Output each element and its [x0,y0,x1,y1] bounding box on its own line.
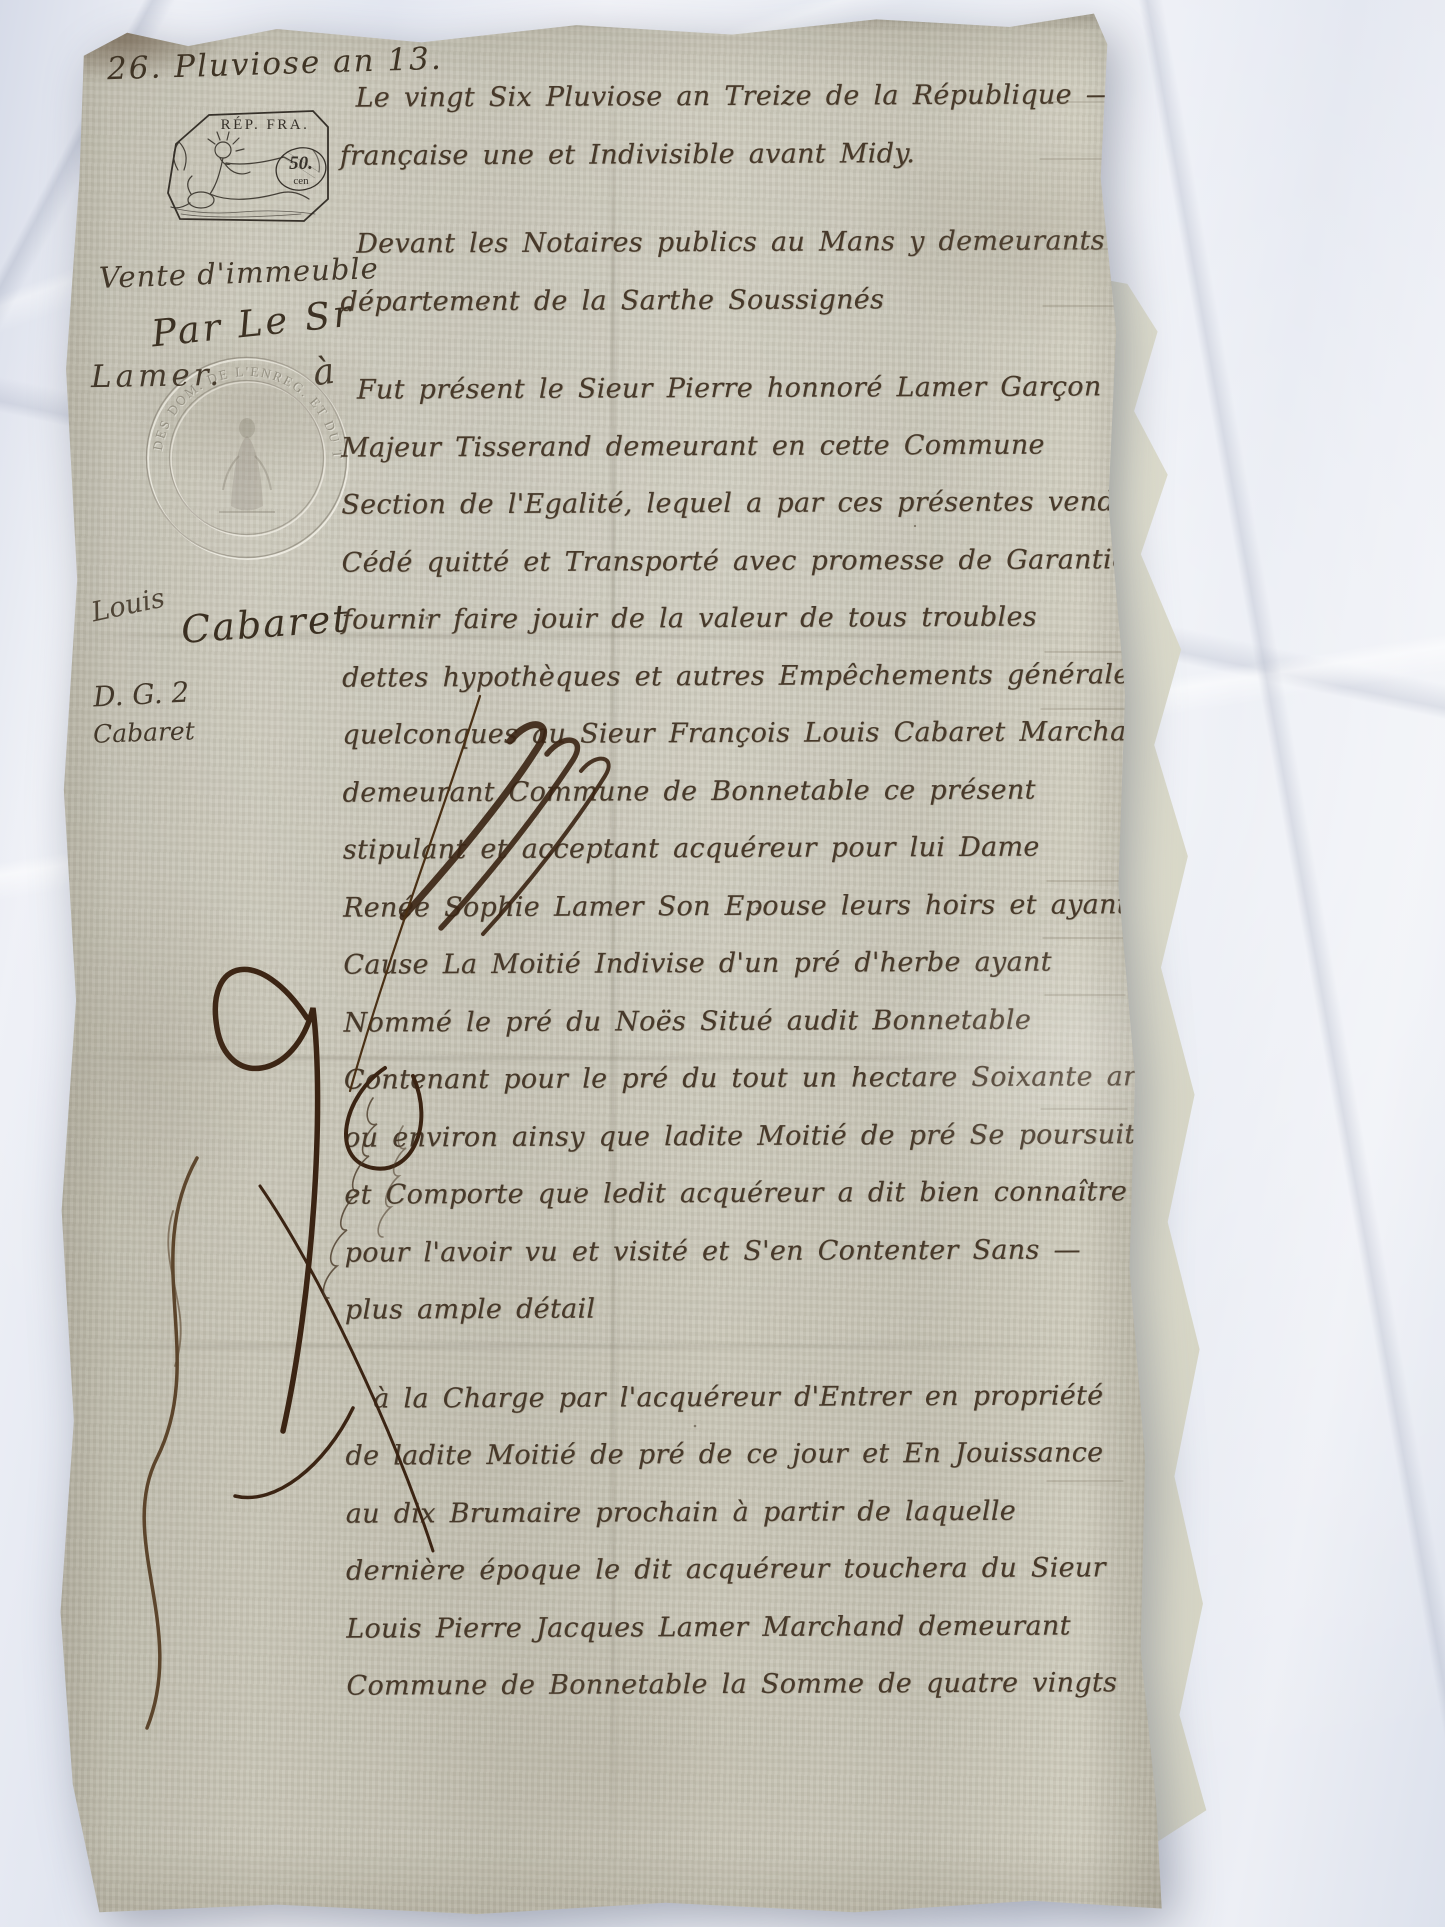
deed-body-text: Le vingt Six Pluviose an Treize de la Ré… [339,66,1108,1715]
stamp-unit: cen [293,175,309,187]
manuscript-line: Cédé quitté et Transporté avec promesse … [341,531,1103,592]
margin-buyer-first-name: Louis [89,583,168,629]
paper-top-edge-shade [55,6,1165,32]
margin-buyer-signature: Cabaret [180,596,351,652]
manuscript-line: Fut présent le Sieur Pierre honnoré Lame… [341,358,1103,419]
manuscript-line: de ladite Moitié de pré de ce jour et En… [345,1424,1107,1485]
manuscript-page: 26. Pluviose an 13. [55,6,1165,1918]
manuscript-line: stipulant et acceptant acquéreur pour lu… [343,818,1105,879]
manuscript-line: demeurant Commune de Bonnetable ce prése… [342,761,1104,822]
tissue-paper-background: 26. Pluviose an 13. [0,0,1445,1927]
margin-seller-line2: Lamer. [91,357,224,395]
manuscript-line: Le vingt Six Pluviose an Treize de la Ré… [339,66,1101,127]
manuscript-line: française une et Indivisible avant Midy. [340,124,1102,185]
manuscript-line: au dix Brumaire prochain à partir de laq… [346,1482,1108,1543]
margin-deed-title: Vente d'immeuble [98,251,379,295]
manuscript-line: dernière époque le dit acquéreur toucher… [346,1539,1108,1600]
manuscript-line: Nommé le pré du Noës Situé audit Bonneta… [343,991,1105,1052]
revenue-stamp-art: RÉP. FRA. 50. cen [163,106,333,226]
manuscript-line: dettes hypothèques et autres Empêchement… [342,646,1104,707]
stamp-value: 50. [289,153,313,174]
manuscript-line: département de la Sarthe Soussignés [340,270,1102,331]
manuscript-line: Contenant pour le pré du tout un hectare… [344,1048,1106,1109]
margin-registry-name: Cabaret [93,716,196,749]
manuscript-line: plus ample détail [345,1278,1107,1339]
manuscript-line: pour l'avoir vu et visité et S'en Conten… [344,1221,1106,1282]
stamp-country-label: RÉP. FRA. [221,116,310,133]
manuscript-line: Renée Sophie Lamer Son Epouse leurs hoir… [343,876,1105,937]
manuscript-line: à la Charge par l'acquéreur d'Entrer en … [345,1367,1107,1428]
margin-registry-abbrev: D. G. 2 [92,676,190,714]
seal-standing-figure-icon [219,418,275,512]
manuscript-line: Section de l'Egalité, lequel a par ces p… [341,473,1103,534]
manuscript-sheet-wrapper: 26. Pluviose an 13. [55,6,1165,1918]
manuscript-line: fournir faire jouir de la valeur de tous… [342,588,1104,649]
left-edge-flourish [144,1158,197,1728]
manuscript-line: Devant les Notaires publics au Mans y de… [340,212,1102,273]
manuscript-line: Commune de Bonnetable la Somme de quatre… [346,1654,1108,1715]
manuscript-line: Majeur Tisserand demeurant en cette Comm… [341,416,1103,477]
manuscript-line: quelconques au Sieur François Louis Caba… [342,703,1104,764]
manuscript-line: ou environ ainsy que ladite Moitié de pr… [344,1106,1106,1167]
revenue-stamp: RÉP. FRA. 50. cen [163,106,333,226]
manuscript-line: et Comporte que ledit acquéreur a dit bi… [344,1163,1106,1224]
manuscript-line: Louis Pierre Jacques Lamer Marchand deme… [346,1597,1108,1658]
manuscript-line: Cause La Moitié Indivise d'un pré d'herb… [343,933,1105,994]
